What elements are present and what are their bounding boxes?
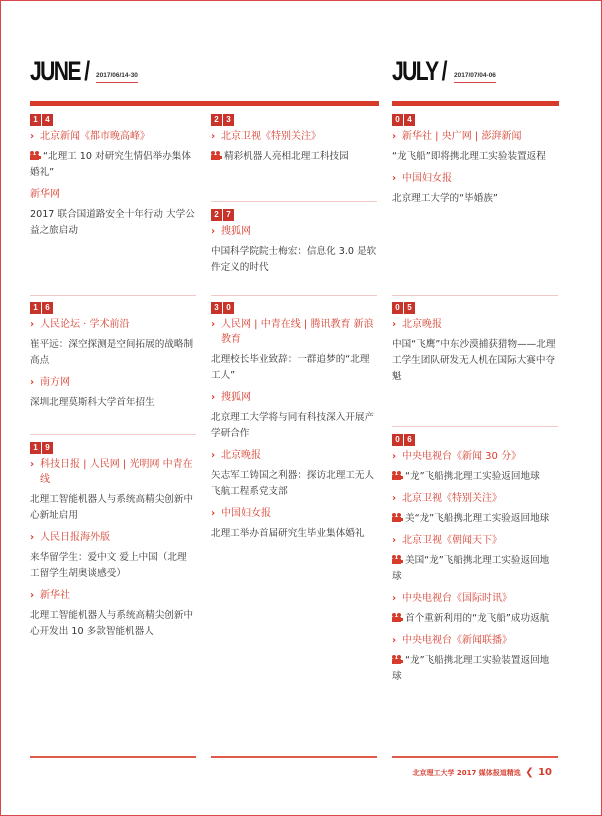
- date-digit: 3: [211, 302, 222, 314]
- date-digit: 2: [211, 209, 222, 221]
- july-date: 2017/07/04-06: [454, 72, 496, 83]
- chevron-right-icon: ›: [392, 449, 396, 464]
- news-headline: 精彩机器人亮相北理工科技园: [211, 149, 377, 165]
- footer-text: 北京理工大学 2017 媒体报道精选: [412, 769, 520, 777]
- media-source-label: 搜狐网: [221, 392, 251, 403]
- media-source: ›中国妇女报: [211, 506, 377, 521]
- headline-text: 矢志军工铸国之利器：探访北理工无人飞航工程系党支部: [211, 470, 374, 497]
- media-source-label: 人民论坛 · 学术前沿: [40, 319, 130, 330]
- news-headline: “龙”飞船携北理工实验装置返回地球: [392, 653, 558, 685]
- media-source-label: 南方网: [40, 377, 70, 388]
- chevron-right-icon: ›: [392, 171, 396, 186]
- media-source: ›中央电视台《新闻 30 分》: [392, 449, 558, 464]
- media-source: 新华网: [30, 187, 196, 202]
- headline-text: “龙”飞船携北理工实验装置返回地球: [392, 655, 549, 682]
- headline-text: 崔平远：深空探测是空间拓展的战略制高点: [30, 339, 193, 366]
- chevron-right-icon: ›: [392, 633, 396, 648]
- media-source-label: 北京晚报: [402, 319, 442, 330]
- date-entry: 30›人民网 | 中青在线 | 腾讯教育 新浪教育北理校长毕业致辞：一群追梦的“…: [211, 302, 377, 548]
- headline-text: 北理工智能机器人与系统高精尖创新中心开发出 10 多款智能机器人: [30, 610, 193, 637]
- media-source-label: 北京卫视《特别关注》: [221, 131, 321, 142]
- date-entry: 14›北京新闻《都市晚高峰》“北理工 10 对研究生情侣举办集体婚礼”新华网20…: [30, 114, 196, 245]
- video-camera-icon: [392, 471, 403, 480]
- date-entry: 23›北京卫视《特别关注》精彩机器人亮相北理工科技园: [211, 114, 377, 171]
- news-headline: 北理工智能机器人与系统高精尖创新中心开发出 10 多款智能机器人: [30, 608, 196, 640]
- video-camera-icon: [30, 151, 41, 160]
- headline-text: 美“龙”飞船携北理工实验返回地球: [405, 513, 549, 524]
- bottom-rule: [392, 756, 558, 758]
- news-headline: “北理工 10 对研究生情侣举办集体婚礼”: [30, 149, 196, 181]
- separator: [392, 295, 558, 296]
- chevron-right-icon: ›: [392, 129, 396, 144]
- news-headline: 深圳北理莫斯科大学首年招生: [30, 395, 196, 411]
- date-digit: 6: [42, 302, 53, 314]
- headline-text: 中国科学院院士梅宏：信息化 3.0 是软件定义的时代: [211, 246, 376, 273]
- date-digit: 2: [211, 114, 222, 126]
- media-source: ›中国妇女报: [392, 171, 558, 186]
- media-source: ›北京新闻《都市晚高峰》: [30, 129, 196, 144]
- media-source-label: 中央电视台《新闻 30 分》: [402, 451, 521, 462]
- july-title: JULY /: [392, 56, 446, 87]
- date-entry: 16›人民论坛 · 学术前沿崔平远：深空探测是空间拓展的战略制高点›南方网深圳北…: [30, 302, 196, 417]
- headline-text: 中国“飞鹰”中东沙漠捕获猎物——北理工学生团队研发无人机在国际大赛中夺魁: [392, 339, 555, 382]
- separator: [211, 201, 377, 202]
- chevron-right-icon: ›: [211, 448, 215, 463]
- headline-text: 北理工智能机器人与系统高精尖创新中心新址启用: [30, 494, 193, 521]
- media-source-label: 人民网 | 中青在线 | 腾讯教育 新浪教育: [221, 319, 374, 345]
- headline-text: 北理工举办首届研究生毕业集体婚礼: [211, 528, 365, 539]
- media-source-label: 人民日报海外版: [40, 532, 110, 543]
- news-headline: 首个重新利用的“龙飞船”成功返航: [392, 611, 558, 627]
- video-camera-icon: [392, 555, 403, 564]
- media-source-label: 新华社: [40, 590, 70, 601]
- june-title: JUNE /: [30, 56, 89, 87]
- news-headline: 美“龙”飞船携北理工实验返回地球: [392, 511, 558, 527]
- headline-text: 北京理工大学的“毕婚族”: [392, 193, 498, 204]
- date-digit: 4: [404, 114, 415, 126]
- bottom-rule: [211, 756, 377, 758]
- chevron-right-icon: ›: [211, 506, 215, 521]
- media-source: ›人民网 | 中青在线 | 腾讯教育 新浪教育: [211, 317, 377, 347]
- media-source-label: 中央电视台《国际时讯》: [402, 593, 512, 604]
- date-digit: 5: [404, 302, 415, 314]
- media-source: ›搜狐网: [211, 390, 377, 405]
- date-digit: 9: [42, 442, 53, 454]
- media-source: ›中央电视台《国际时讯》: [392, 591, 558, 606]
- media-source: ›北京晚报: [211, 448, 377, 463]
- video-camera-icon: [211, 151, 222, 160]
- news-headline: 北京理工大学将与同有科技深入开展产学研合作: [211, 410, 377, 442]
- media-source: ›北京卫视《特别关注》: [211, 129, 377, 144]
- bottom-rule: [30, 756, 196, 758]
- media-source-label: 北京新闻《都市晚高峰》: [40, 131, 150, 142]
- date-badge: 19: [30, 442, 196, 454]
- headline-text: 北京理工大学将与同有科技深入开展产学研合作: [211, 412, 374, 439]
- date-badge: 05: [392, 302, 558, 314]
- news-headline: 北京理工大学的“毕婚族”: [392, 191, 558, 207]
- date-digit: 0: [392, 114, 403, 126]
- news-headline: 中国“飞鹰”中东沙漠捕获猎物——北理工学生团队研发无人机在国际大赛中夺魁: [392, 337, 558, 385]
- date-digit: 1: [30, 302, 41, 314]
- chevron-right-icon: ›: [30, 317, 34, 332]
- separator: [392, 426, 558, 427]
- chevron-right-icon: ›: [30, 375, 34, 390]
- date-digit: 3: [223, 114, 234, 126]
- date-entry: 27›搜狐网中国科学院院士梅宏：信息化 3.0 是软件定义的时代: [211, 209, 377, 282]
- news-headline: 北理工智能机器人与系统高精尖创新中心新址启用: [30, 492, 196, 524]
- chevron-right-icon: ›: [211, 317, 215, 332]
- media-source: ›搜狐网: [211, 224, 377, 239]
- media-source-label: 北京卫视《特别关注》: [402, 493, 502, 504]
- date-badge: 04: [392, 114, 558, 126]
- date-digit: 1: [30, 114, 41, 126]
- video-camera-icon: [392, 655, 403, 664]
- date-digit: 6: [404, 434, 415, 446]
- news-headline: 矢志军工铸国之利器：探访北理工无人飞航工程系党支部: [211, 468, 377, 500]
- video-camera-icon: [392, 613, 403, 622]
- media-source: ›人民日报海外版: [30, 530, 196, 545]
- media-source-label: 北京晚报: [221, 450, 261, 461]
- date-badge: 23: [211, 114, 377, 126]
- separator: [30, 295, 196, 296]
- date-entry: 06›中央电视台《新闻 30 分》“龙”飞船携北理工实验返回地球›北京卫视《特别…: [392, 434, 558, 691]
- headline-text: 精彩机器人亮相北理工科技园: [224, 151, 349, 162]
- date-entry: 19›科技日报 | 人民网 | 光明网 中青在线北理工智能机器人与系统高精尖创新…: [30, 442, 196, 646]
- separator: [211, 295, 377, 296]
- date-badge: 14: [30, 114, 196, 126]
- separator: [30, 434, 196, 435]
- date-digit: 7: [223, 209, 234, 221]
- media-source: ›新华社: [30, 588, 196, 603]
- media-source-label: 科技日报 | 人民网 | 光明网 中青在线: [40, 459, 193, 485]
- media-source-label: 北京卫视《朝闻天下》: [402, 535, 502, 546]
- date-badge: 16: [30, 302, 196, 314]
- media-source: ›南方网: [30, 375, 196, 390]
- chevron-right-icon: ›: [30, 457, 34, 472]
- news-headline: 北理校长毕业致辞：一群追梦的“北理工人”: [211, 352, 377, 384]
- date-digit: 0: [392, 434, 403, 446]
- media-source: ›中央电视台《新闻联播》: [392, 633, 558, 648]
- headline-text: 深圳北理莫斯科大学首年招生: [30, 397, 155, 408]
- footer: 北京理工大学 2017 媒体报道精选 ❮ 10: [412, 767, 552, 778]
- date-digit: 0: [392, 302, 403, 314]
- media-source: ›人民论坛 · 学术前沿: [30, 317, 196, 332]
- news-headline: 美国“龙”飞船携北理工实验返回地球: [392, 553, 558, 585]
- date-entry: 04›新华社 | 央广网 | 澎湃新闻“龙飞船”即将携北理工实验装置返程›中国妇…: [392, 114, 558, 213]
- video-camera-icon: [392, 513, 403, 522]
- headline-text: 美国“龙”飞船携北理工实验返回地球: [392, 555, 549, 582]
- chevron-left-icon: ❮: [525, 767, 533, 778]
- chevron-right-icon: ›: [30, 530, 34, 545]
- chevron-right-icon: ›: [211, 390, 215, 405]
- news-headline: 2017 联合国道路安全十年行动 大学公益之旅启动: [30, 207, 196, 239]
- date-badge: 06: [392, 434, 558, 446]
- headline-text: 2017 联合国道路安全十年行动 大学公益之旅启动: [30, 209, 195, 236]
- headline-text: “北理工 10 对研究生情侣举办集体婚礼”: [30, 151, 191, 178]
- chevron-right-icon: ›: [392, 533, 396, 548]
- media-source: ›新华社 | 央广网 | 澎湃新闻: [392, 129, 558, 144]
- media-source-label: 新华社 | 央广网 | 澎湃新闻: [402, 131, 521, 142]
- news-headline: 中国科学院院士梅宏：信息化 3.0 是软件定义的时代: [211, 244, 377, 276]
- date-digit: 0: [223, 302, 234, 314]
- june-bar: [30, 101, 379, 106]
- headline-text: 首个重新利用的“龙飞船”成功返航: [405, 613, 549, 624]
- chevron-right-icon: ›: [211, 129, 215, 144]
- news-headline: 北理工举办首届研究生毕业集体婚礼: [211, 526, 377, 542]
- headline-text: “龙”飞船携北理工实验返回地球: [405, 471, 540, 482]
- media-source: ›北京晚报: [392, 317, 558, 332]
- media-source: ›科技日报 | 人民网 | 光明网 中青在线: [30, 457, 196, 487]
- date-badge: 27: [211, 209, 377, 221]
- news-headline: “龙飞船”即将携北理工实验装置返程: [392, 149, 558, 165]
- chevron-right-icon: ›: [211, 224, 215, 239]
- news-headline: “龙”飞船携北理工实验返回地球: [392, 469, 558, 485]
- page-number: 10: [538, 767, 552, 778]
- media-source-label: 中国妇女报: [402, 173, 452, 184]
- date-badge: 30: [211, 302, 377, 314]
- media-source: ›北京卫视《特别关注》: [392, 491, 558, 506]
- news-headline: 来华留学生：爱中文 爱上中国（北理工留学生胡奥谈感受）: [30, 550, 196, 582]
- chevron-right-icon: ›: [30, 129, 34, 144]
- date-digit: 4: [42, 114, 53, 126]
- chevron-right-icon: ›: [392, 491, 396, 506]
- july-bar: [392, 101, 559, 106]
- chevron-right-icon: ›: [392, 591, 396, 606]
- date-entry: 05›北京晚报中国“飞鹰”中东沙漠捕获猎物——北理工学生团队研发无人机在国际大赛…: [392, 302, 558, 391]
- media-source-label: 搜狐网: [221, 226, 251, 237]
- chevron-right-icon: ›: [392, 317, 396, 332]
- headline-text: 北理校长毕业致辞：一群追梦的“北理工人”: [211, 354, 369, 381]
- headline-text: “龙飞船”即将携北理工实验装置返程: [392, 151, 546, 162]
- media-source: ›北京卫视《朝闻天下》: [392, 533, 558, 548]
- headline-text: 来华留学生：爱中文 爱上中国（北理工留学生胡奥谈感受）: [30, 552, 187, 579]
- media-source-label: 中央电视台《新闻联播》: [402, 635, 512, 646]
- media-source-label: 新华网: [30, 189, 60, 200]
- june-date: 2017/06/14-30: [96, 72, 138, 83]
- date-digit: 1: [30, 442, 41, 454]
- chevron-right-icon: ›: [30, 588, 34, 603]
- news-headline: 崔平远：深空探测是空间拓展的战略制高点: [30, 337, 196, 369]
- media-source-label: 中国妇女报: [221, 508, 271, 519]
